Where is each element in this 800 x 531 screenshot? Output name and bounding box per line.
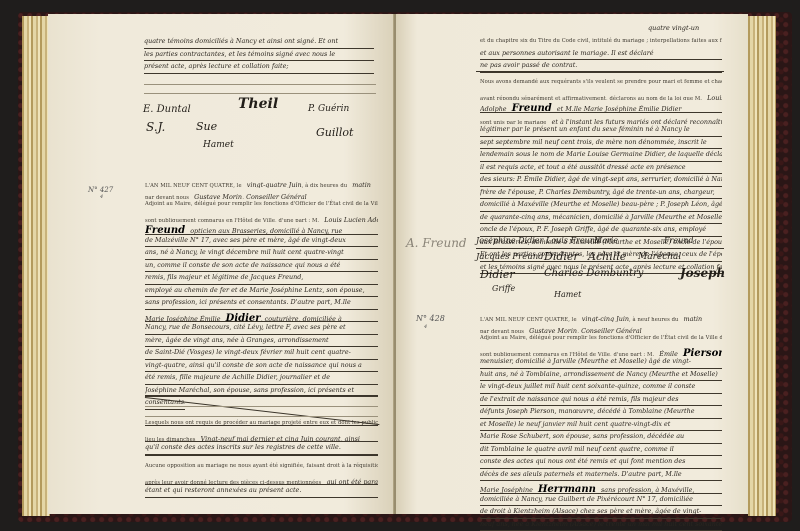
signature: Marie: [594, 236, 618, 245]
text-line: Nous avons demandé aux requérants s'ils …: [480, 77, 722, 89]
text-line: Marie Joséphine Émilie Didier, couturièr…: [145, 310, 378, 323]
text-line: été remis, fille majeure de Achille Didi…: [145, 372, 378, 385]
text-line: par devant nous Gustave Morin, Conseille…: [145, 188, 378, 200]
ruled-line: [144, 84, 376, 85]
signature: Achille: [588, 250, 626, 263]
signature: Didier: [480, 268, 515, 281]
right-entry-428: L'AN MIL NEUF CENT QUATRE, le vingt-cinq…: [480, 310, 722, 531]
text-line: domicilié à Maxéville (Meurthe et Mosell…: [480, 199, 722, 212]
ruled-line: [145, 416, 378, 417]
text-line: vingt-quatre, ainsi qu'il conste de son …: [145, 360, 378, 373]
text-line: Adjoint au Maire, délégué pour remplir l…: [480, 333, 722, 345]
text-line: de Malzéville N° 17, avec ses père et mè…: [145, 235, 378, 248]
page-edges-left: [22, 16, 50, 516]
text-line: mère, âgée de vingt ans, née à Granges, …: [145, 335, 378, 348]
text-line: frère de l'épouse, P. Charles Dembuntry,…: [480, 187, 722, 200]
text-line: dit Tomblaine le quatre avril mil neuf c…: [480, 444, 722, 457]
text-line: quatre témoins domiciliés à Nancy et ain…: [144, 36, 374, 49]
text-line: sont publiquement comparus en l'Hôtel de…: [480, 345, 722, 357]
right-page: quatre vingt-un et du chapitre six du Ti…: [396, 14, 748, 514]
text-line: ayant répondu séparément et affirmativem…: [480, 89, 722, 101]
text-line: oncle de l'époux, P. F. Joseph Griffe, â…: [480, 224, 722, 237]
signature: Theil: [238, 96, 278, 112]
text-line: le vingt-deux juillet mil huit cent soix…: [480, 381, 722, 394]
text-line: Marie Rose Schubert, son épouse, sans pr…: [480, 431, 722, 444]
text-line: employé au chemin de fer et de Marie Jos…: [145, 285, 378, 298]
ruled-line: [145, 406, 378, 407]
left-oppositions: Aucune opposition au mariage ne nous aya…: [145, 461, 378, 498]
text-line: les parties contractantes, et les témoin…: [144, 49, 374, 62]
text-line: et Moselle) le neuf janvier mil huit cen…: [480, 419, 722, 432]
text-line: sans profession, ici présents et consent…: [145, 297, 378, 310]
text-line: de Saint-Dié (Vosges) le vingt-deux févr…: [145, 347, 378, 360]
text-line: après leur avoir donné lecture des pièce…: [145, 473, 378, 486]
signature: Griffe: [492, 284, 515, 293]
signature: Louis Freund: [546, 236, 600, 245]
left-top-continuation: quatre témoins domiciliés à Nancy et ain…: [144, 36, 374, 74]
signature: Hamet: [554, 290, 581, 299]
text-line: Marie Joséphine Herrmann sans profession…: [480, 481, 722, 494]
left-publications: Lesquels nous ont requis de procéder au …: [145, 418, 378, 455]
text-line: L'AN MIL NEUF CENT QUATRE, le vingt-cinq…: [480, 310, 722, 322]
text-line: lieu les dimanches Vingt-neuf mai dernie…: [145, 430, 378, 443]
text-line: Adjoint au Maire, délégué pour remplir l…: [145, 199, 378, 211]
ruled-line: [145, 395, 378, 396]
text-line: qu'il conste des actes inscrits sur les …: [145, 442, 378, 455]
entry-subnumber: 4: [424, 324, 427, 330]
text-line: et aux personnes autorisant le mariage. …: [480, 48, 722, 61]
signature: Charles Dembuntry: [544, 268, 643, 279]
text-line: il est requis acte, et tout a été aussit…: [480, 162, 722, 175]
text-line: lendemain sous le nom de Marie Louise Ge…: [480, 149, 722, 162]
text-line: domiciliée à Nancy, rue Guilbert de Pixé…: [480, 494, 722, 507]
margin-signature: A. Freund: [406, 236, 467, 250]
signature: Guillot: [316, 126, 353, 139]
text-line: Freund opticien aux Brasseries, domicili…: [145, 222, 378, 235]
page-edges-right: [748, 16, 776, 516]
left-page: quatre témoins domiciliés à Nancy et ain…: [48, 14, 396, 514]
ruled-line: [144, 93, 376, 94]
text-line: Adolphe Freund et M.lle Marie Joséphine …: [480, 100, 722, 113]
entry-subnumber: 4: [100, 194, 103, 200]
signature: Didier: [544, 250, 579, 263]
signature: Joseph: [680, 266, 725, 280]
text-line: remis, fils majeur et légitime de Jacque…: [145, 272, 378, 285]
signature: Sue: [196, 120, 217, 133]
text-line: menuisier, domicilié à Jarville (Meurthe…: [480, 356, 722, 369]
ruled-line: [145, 455, 378, 456]
text-line: sept septembre mil neuf cent trois, de m…: [480, 137, 722, 150]
text-line: Lesquels nous ont requis de procéder au …: [145, 418, 378, 430]
text-line: présent acte, après lecture et collation…: [144, 61, 374, 74]
top-note: quatre vingt-un: [648, 24, 699, 32]
entry-number: N° 428: [416, 314, 445, 323]
text-line: Aucune opposition au mariage ne nous aya…: [145, 461, 378, 473]
text-line: conste des actes qui nous ont été remis …: [480, 456, 722, 469]
entry-number: N° 427: [88, 186, 113, 194]
text-line: un, comme il conste de son acte de naiss…: [145, 260, 378, 273]
text-line: légitimer par le présent un enfant du se…: [480, 124, 722, 137]
text-line: des sieurs: P. Émile Didier, âgé de ving…: [480, 174, 722, 187]
text-line: et du chapitre six du Titre du Code civi…: [480, 36, 722, 48]
text-line: L'AN MIL NEUF CENT QUATRE, le vingt-quat…: [145, 176, 378, 188]
text-line: ans, né à Nancy, le vingt décembre mil h…: [145, 247, 378, 260]
ruled-line: [476, 248, 724, 249]
signature: S.J.: [146, 120, 165, 134]
text-line: étant et qui resteront annexées au prése…: [145, 485, 378, 498]
signature: Jacques Freund: [476, 252, 544, 262]
text-line: défunts Joseph Pierson, manœuvre, décédé…: [480, 406, 722, 419]
text-line: neuf ans, née à Kientzheim (Alsace) le t…: [480, 519, 722, 531]
text-line: décès de ses aïeuls paternels et materne…: [480, 469, 722, 482]
text-line: sont unis par le mariage et à l'instant …: [480, 113, 722, 125]
text-line: par devant nous Gustave Morin, Conseille…: [480, 322, 722, 334]
text-line: de quarante-cinq ans, mécanicien, domici…: [480, 212, 722, 225]
signature: Maréchal: [638, 252, 681, 262]
ruled-line: [476, 71, 724, 72]
right-top-continuation: et du chapitre six du Titre du Code civi…: [480, 36, 722, 73]
signature: Hamet: [203, 140, 234, 150]
signature: Joséphine Didier: [476, 236, 543, 245]
text-line: de droit à Kientzheim (Alsace) chez ses …: [480, 506, 722, 519]
text-line: huit ans, né à Tomblaine, arrondissement…: [480, 369, 722, 382]
text-line: Nancy, rue de Bonsecours, cité Lévy, let…: [145, 322, 378, 335]
text-line: de l'extrait de naissance qui nous a été…: [480, 394, 722, 407]
signature: Freund: [664, 236, 694, 245]
signature: P. Guérin: [308, 104, 349, 114]
signature: E. Duntal: [143, 104, 191, 115]
left-entry-427: L'AN MIL NEUF CENT QUATRE, le vingt-quat…: [145, 176, 378, 410]
text-line: sont publiquement comparus en l'Hôtel de…: [145, 211, 378, 223]
